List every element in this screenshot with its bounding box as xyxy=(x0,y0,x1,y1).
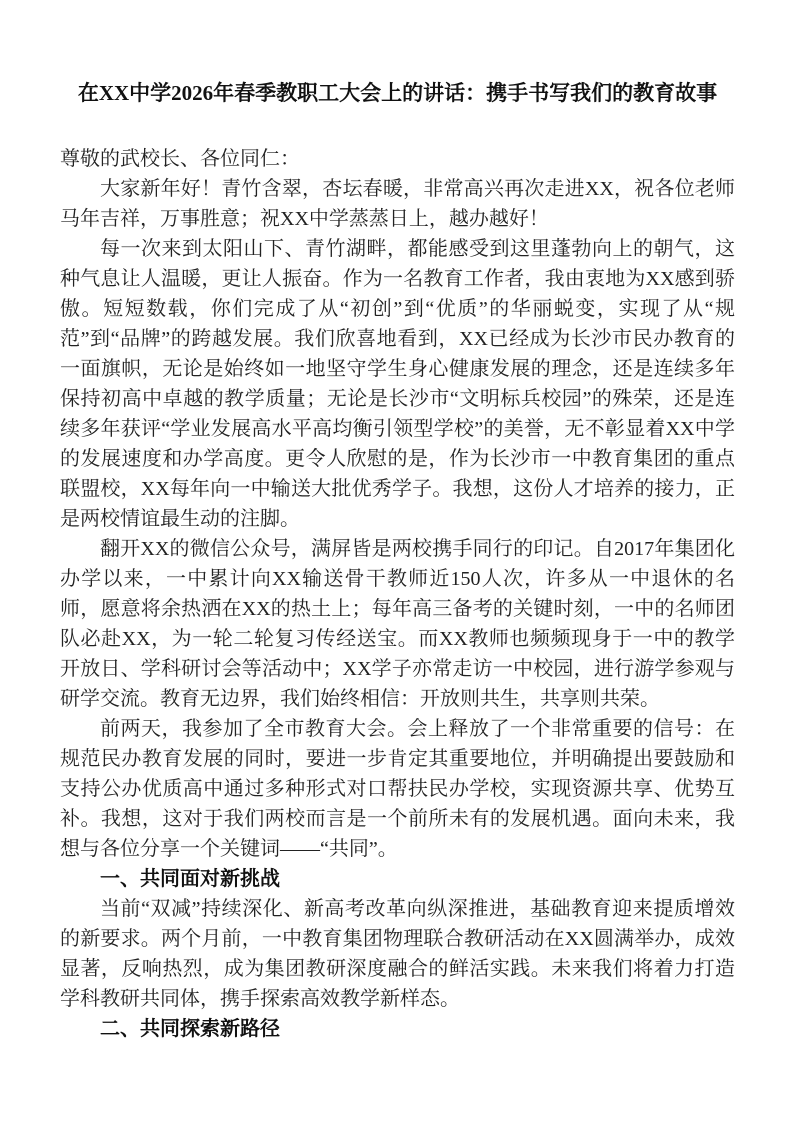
section-heading-1: 一、共同面对新挑战 xyxy=(60,864,735,894)
paragraph-school-achievements: 每一次来到太阳山下、青竹湖畔，都能感受到这里蓬勃向上的朝气，这种气息让人温暖，更… xyxy=(60,234,735,534)
paragraph-cooperation-history: 翻开XX的微信公众号，满屏皆是两校携手同行的印记。自2017年集团化办学以来，一… xyxy=(60,534,735,714)
document-title: 在XX中学2026年春季教职工大会上的讲话：携手书写我们的教育故事 xyxy=(60,78,735,108)
paragraph-new-year-greeting: 大家新年好！青竹含翠，杏坛春暖，非常高兴再次走进XX，祝各位老师马年吉祥，万事胜… xyxy=(60,174,735,234)
document-page: 在XX中学2026年春季教职工大会上的讲话：携手书写我们的教育故事 尊敬的武校长… xyxy=(0,0,793,1122)
salutation-line: 尊敬的武校长、各位同仁： xyxy=(60,144,735,174)
paragraph-policy-opportunity: 前两天，我参加了全市教育大会。会上释放了一个非常重要的信号：在规范民办教育发展的… xyxy=(60,714,735,864)
section-heading-2: 二、共同探索新路径 xyxy=(60,1014,735,1044)
paragraph-section-1-body: 当前“双减”持续深化、新高考改革向纵深推进，基础教育迎来提质增效的新要求。两个月… xyxy=(60,894,735,1014)
